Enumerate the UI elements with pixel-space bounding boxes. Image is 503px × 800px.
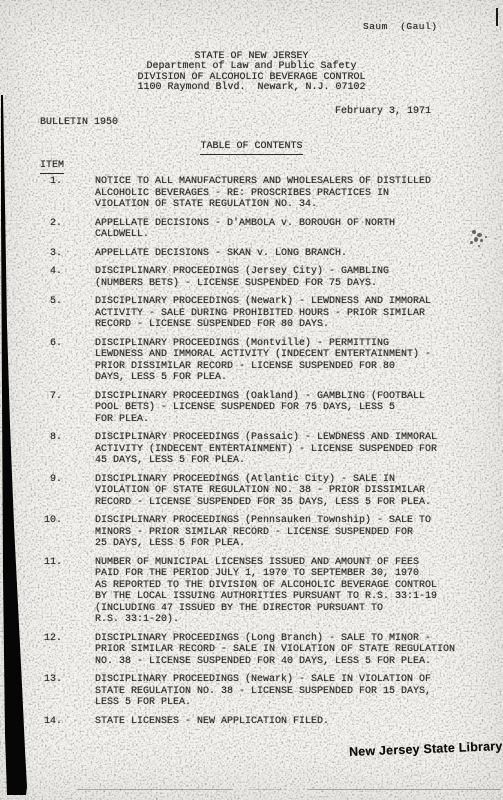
- toc-item-number: 4.: [44, 266, 62, 289]
- toc-item: 6.DISCIPLINARY PROCEEDINGS (Montville) -…: [44, 338, 484, 384]
- toc-item-number: 8.: [44, 432, 62, 467]
- toc-item-text: DISCIPLINARY PROCEEDINGS (Atlantic City)…: [95, 474, 473, 509]
- item-column-heading: ITEM: [40, 160, 64, 174]
- scanned-document-page: Saum (Gaul) STATE OF NEW JERSEY Departme…: [0, 0, 503, 800]
- toc-item-text: NUMBER OF MUNICIPAL LICENSES ISSUED AND …: [95, 557, 473, 626]
- toc-item-number: 2.: [44, 218, 62, 241]
- library-ownership-stamp: New Jersey State Library: [349, 739, 503, 759]
- document-date: February 3, 1971: [335, 106, 431, 118]
- toc-item-text: STATE LICENSES - NEW APPLICATION FILED.: [95, 716, 473, 728]
- toc-item-number: 9.: [44, 474, 62, 509]
- scan-artifact-ink-smudge: [466, 226, 490, 252]
- toc-title: TABLE OF CONTENTS: [200, 141, 302, 155]
- toc-item-number: 11.: [44, 557, 62, 626]
- toc-item-number: 10.: [44, 515, 62, 550]
- toc-item: 10.DISCIPLINARY PROCEEDINGS (Pennsauken …: [44, 515, 484, 550]
- toc-item-text: DISCIPLINARY PROCEEDINGS (Pennsauken Tow…: [95, 515, 473, 550]
- letterhead: STATE OF NEW JERSEY Department of Law an…: [0, 52, 503, 94]
- scan-artifact-bottom-line: [310, 789, 501, 790]
- toc-item: 12.DISCIPLINARY PROCEEDINGS (Long Branch…: [44, 633, 484, 668]
- toc-title-wrap: TABLE OF CONTENTS: [0, 135, 503, 155]
- toc-item: 8.DISCIPLINARY PROCEEDINGS (Passaic) - L…: [44, 432, 484, 467]
- toc-item: 3.APPELLATE DECISIONS - SKAN v. LONG BRA…: [44, 248, 484, 260]
- scan-artifact-top-right-tick: [496, 8, 498, 26]
- toc-item-text: DISCIPLINARY PROCEEDINGS (Newark) - LEWD…: [95, 296, 473, 331]
- toc-item: 4.DISCIPLINARY PROCEEDINGS (Jersey City)…: [44, 266, 484, 289]
- scan-artifact-bottom-line: [248, 789, 282, 790]
- toc-item-number: 3.: [44, 248, 62, 260]
- scan-artifact-right-dashes: [498, 360, 500, 430]
- toc-item: 9.DISCIPLINARY PROCEEDINGS (Atlantic Cit…: [44, 474, 484, 509]
- toc-item: 2.APPELLATE DECISIONS - D'AMBOLA v. BORO…: [44, 218, 484, 241]
- toc-item-number: 14.: [44, 716, 62, 728]
- toc-list: 1.NOTICE TO ALL MANUFACTURERS AND WHOLES…: [44, 176, 484, 734]
- toc-item: 13.DISCIPLINARY PROCEEDINGS (Newark) - S…: [44, 674, 484, 709]
- handwritten-routing-note: Saum (Gaul): [363, 21, 437, 33]
- toc-item-text: DISCIPLINARY PROCEEDINGS (Montville) - P…: [95, 338, 473, 384]
- item-column-heading-wrap: ITEM: [40, 154, 64, 174]
- toc-item-number: 12.: [44, 633, 62, 668]
- toc-item-text: DISCIPLINARY PROCEEDINGS (Long Branch) -…: [95, 633, 473, 668]
- letterhead-address: 1100 Raymond Blvd. Newark, N.J. 07102: [0, 83, 503, 93]
- toc-item-number: 7.: [44, 391, 62, 426]
- toc-item-number: 5.: [44, 296, 62, 331]
- scan-artifact-bottom-line: [77, 789, 233, 790]
- toc-item-text: APPELLATE DECISIONS - D'AMBOLA v. BOROUG…: [95, 218, 473, 241]
- toc-item-text: NOTICE TO ALL MANUFACTURERS AND WHOLESAL…: [95, 176, 473, 211]
- document-content: Saum (Gaul) STATE OF NEW JERSEY Departme…: [0, 0, 503, 800]
- toc-item: 11.NUMBER OF MUNICIPAL LICENSES ISSUED A…: [44, 557, 484, 626]
- toc-item-text: DISCIPLINARY PROCEEDINGS (Oakland) - GAM…: [95, 391, 473, 426]
- toc-item-number: 1.: [44, 176, 62, 211]
- toc-item: 7.DISCIPLINARY PROCEEDINGS (Oakland) - G…: [44, 391, 484, 426]
- bulletin-number: BULLETIN 1950: [40, 117, 118, 129]
- toc-item: 5.DISCIPLINARY PROCEEDINGS (Newark) - LE…: [44, 296, 484, 331]
- toc-item: 1.NOTICE TO ALL MANUFACTURERS AND WHOLES…: [44, 176, 484, 211]
- toc-item-number: 13.: [44, 674, 62, 709]
- toc-item-text: APPELLATE DECISIONS - SKAN v. LONG BRANC…: [95, 248, 473, 260]
- toc-item-text: DISCIPLINARY PROCEEDINGS (Newark) - SALE…: [95, 674, 473, 709]
- toc-item-text: DISCIPLINARY PROCEEDINGS (Passaic) - LEW…: [95, 432, 473, 467]
- toc-item-number: 6.: [44, 338, 62, 384]
- toc-item: 14.STATE LICENSES - NEW APPLICATION FILE…: [44, 716, 484, 728]
- toc-item-text: DISCIPLINARY PROCEEDINGS (Jersey City) -…: [95, 266, 473, 289]
